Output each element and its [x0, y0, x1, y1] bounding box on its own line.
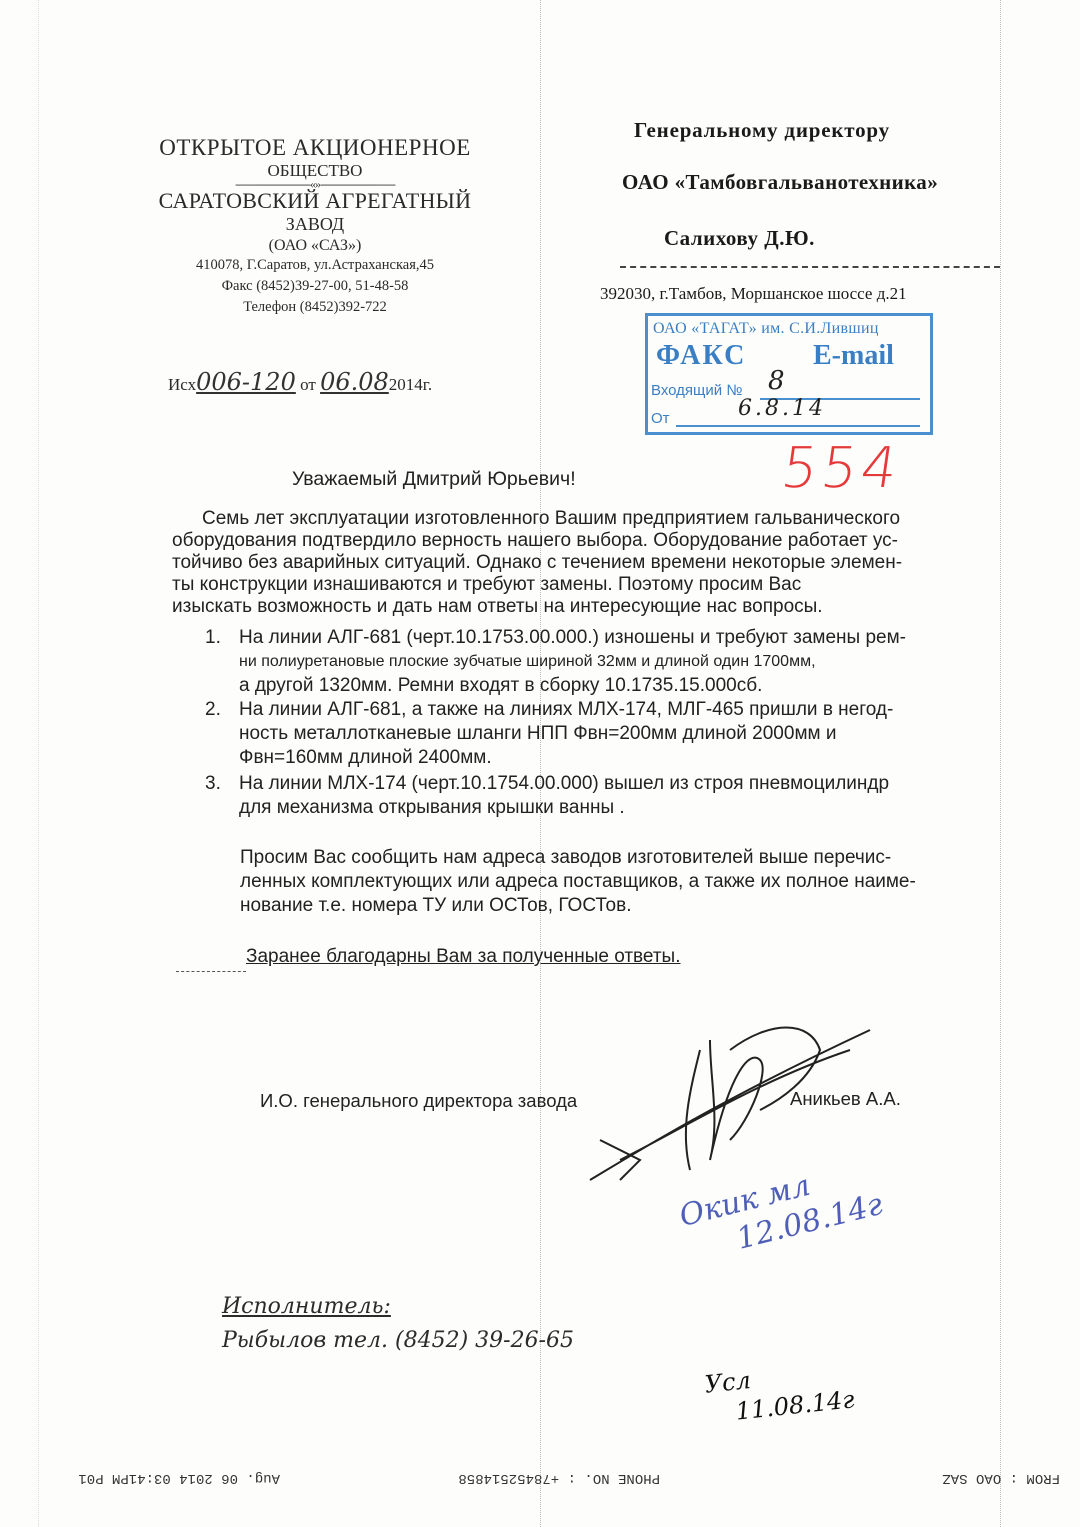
list-item-number: 3.: [205, 772, 221, 796]
fax-transmission-header: FROM : OAO SAZ PHONE NO. : +78452514858 …: [40, 1464, 1060, 1486]
list-item-line: На линии АЛГ-681, а также на линиях МЛХ-…: [239, 698, 893, 722]
list-item-number: 2.: [205, 698, 221, 722]
sender-line3: САРАТОВСКИЙ АГРЕГАТНЫЙ: [130, 188, 500, 214]
stamp-incoming-number: 8: [768, 366, 785, 396]
scan-artifact-line: [1000, 0, 1001, 1527]
outgoing-from-label: от: [300, 375, 316, 394]
paragraph-intro: Семь лет эксплуатации изготовленного Ваш…: [172, 508, 902, 618]
paragraph-line: нование т.е. номера ТУ или ОСТов, ГОСТов…: [240, 894, 916, 918]
paragraph-request: Просим Вас сообщить нам адреса заводов и…: [240, 846, 916, 918]
paragraph-line: Просим Вас сообщить нам адреса заводов и…: [240, 846, 916, 870]
paragraph-line: ты конструкции изнашиваются и требуют за…: [172, 574, 902, 596]
sender-phone: Телефон (8452)392-722: [130, 297, 500, 318]
list-item-line: для механизма открывания крышки ванны .: [239, 796, 889, 820]
paragraph-line: Семь лет эксплуатации изготовленного Ваш…: [172, 508, 902, 530]
stamp-date-label: От: [651, 410, 670, 427]
list-item-text: На линии АЛГ-681, а также на линиях МЛХ-…: [239, 698, 893, 770]
stamp-org: ОАО «ТАГАТ» им. С.И.Лившиц: [653, 320, 879, 338]
stamp-type-email: E-mail: [813, 340, 894, 372]
outgoing-date: 06.08: [320, 368, 389, 396]
outgoing-prefix: Исх: [168, 375, 196, 394]
thanks-leader-line: [176, 971, 246, 972]
sender-line1: ОТКРЫТОЕ АКЦИОНЕРНОЕ: [130, 135, 500, 161]
recipient-divider: [620, 266, 1000, 268]
recipient-address: 392030, г.Тамбов, Моршанское шоссе д.21: [600, 284, 907, 304]
sender-letterhead: ОТКРЫТОЕ АКЦИОНЕРНОЕ ОБЩЕСТВО ----------…: [130, 135, 500, 318]
black-handwritten-note: Усл 11.08.14г: [703, 1354, 855, 1429]
list-item-line: ность металлотканевые шланги НПП Фвн=200…: [239, 722, 893, 746]
paragraph-line: оборудования подтвердило верность нашего…: [172, 530, 902, 552]
executor-note: Исполнитель: Рыбылов тел. (8452) 39-26-6…: [222, 1290, 574, 1358]
closing-thanks: Заранее благодарны Вам за полученные отв…: [246, 946, 681, 968]
stamp-date-value: 6.8.14: [738, 396, 826, 421]
sender-line5: (ОАО «САЗ»): [130, 237, 500, 255]
recipient-line3: Салихову Д.Ю.: [664, 226, 815, 251]
sender-line4: ЗАВОД: [130, 214, 500, 235]
list-item-text: На линии АЛГ-681 (черт.10.1753.00.000.) …: [239, 626, 906, 698]
red-registration-number: 554: [777, 436, 905, 501]
outgoing-reference: Исх006-120 от 06.082014г.: [168, 368, 432, 396]
recipient-line2: ОАО «Тамбовгальванотехника»: [622, 170, 938, 195]
sender-fax: Факс (8452)39-27-00, 51-48-58: [130, 276, 500, 297]
executor-details: Рыбылов тел. (8452) 39-26-65: [222, 1324, 574, 1358]
list-item-number: 1.: [205, 626, 221, 650]
executor-label: Исполнитель:: [222, 1290, 574, 1324]
fax-datetime: Aug. 06 2014 03:41PM P01: [78, 1470, 280, 1486]
list-item-line: а другой 1320мм. Ремни входят в сборку 1…: [239, 674, 906, 698]
list-item-line: Фвн=160мм длиной 2400мм.: [239, 746, 893, 770]
fax-phone: PHONE NO. : +78452514858: [458, 1470, 660, 1486]
outgoing-year: 2014г.: [389, 375, 432, 394]
list-item-text: На линии МЛХ-174 (черт.10.1754.00.000) в…: [239, 772, 889, 820]
stamp-incoming-label: Входящий №: [651, 382, 742, 399]
outgoing-number: 006-120: [196, 368, 296, 396]
recipient-line1: Генеральному директору: [634, 118, 890, 143]
scan-artifact-line: [38, 0, 39, 1527]
signer-title: И.О. генерального директора завода: [260, 1090, 577, 1112]
list-item-line: ни полиуретановые плоские зубчатые ширин…: [239, 650, 906, 674]
salutation: Уважаемый Дмитрий Юрьевич!: [292, 468, 576, 491]
paragraph-line: изыскать возможность и дать нам ответы н…: [172, 596, 902, 618]
sender-address: 410078, Г.Саратов, ул.Астраханская,45: [130, 255, 500, 276]
incoming-fax-stamp: ОАО «ТАГАТ» им. С.И.Лившиц ФАКС E-mail В…: [645, 313, 933, 435]
list-item-line: На линии МЛХ-174 (черт.10.1754.00.000) в…: [239, 772, 889, 796]
list-item-line: На линии АЛГ-681 (черт.10.1753.00.000.) …: [239, 626, 906, 650]
stamp-type-fax: ФАКС: [656, 340, 746, 372]
stamp-date-underline: [676, 425, 920, 427]
paragraph-line: тойчиво без аварийных ситуаций. Однако с…: [172, 552, 902, 574]
paragraph-line: ленных комплектующих или адреса поставщи…: [240, 870, 916, 894]
fax-from: FROM : OAO SAZ: [942, 1470, 1060, 1486]
